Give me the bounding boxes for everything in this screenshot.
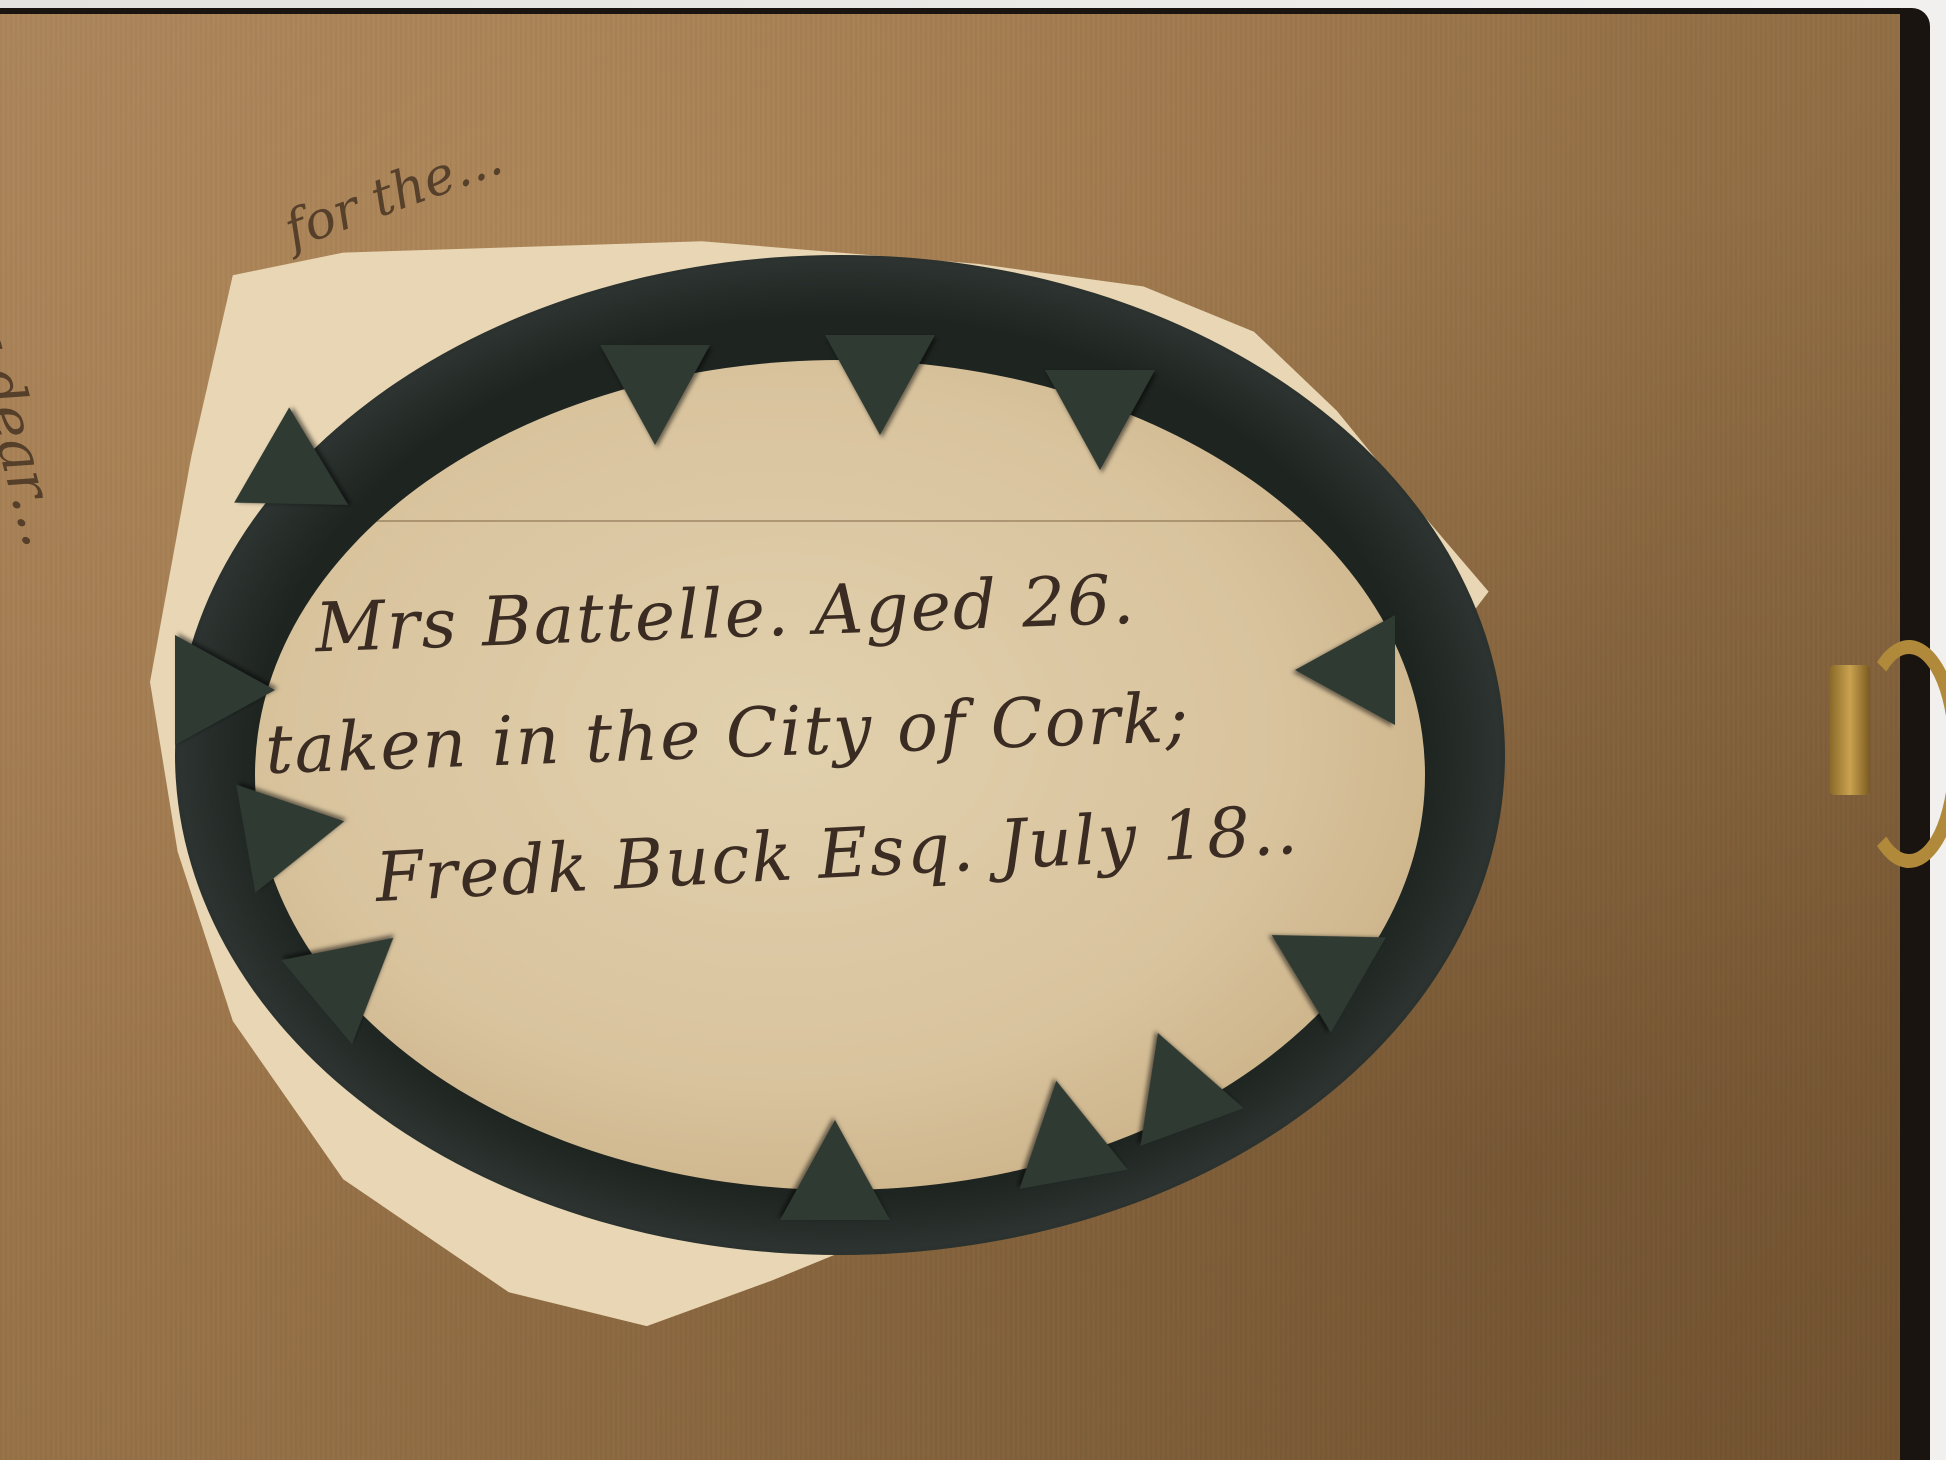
card-fold-line	[255, 520, 1425, 522]
backing-handwriting-top: for the...	[277, 127, 511, 261]
metal-tab	[1002, 1071, 1128, 1189]
backing-handwriting-left: and my dear...	[0, 134, 78, 554]
metal-tab	[236, 767, 354, 893]
metal-tab	[780, 1120, 890, 1220]
inscription-line-2: taken in the City of Cork;	[264, 679, 1192, 790]
metal-tab	[175, 635, 275, 745]
metal-tab	[825, 335, 935, 435]
metal-tab	[600, 345, 710, 445]
inscription-line-3: Fredk Buck Esq. July 18..	[374, 791, 1302, 918]
inscription-line-1: Mrs Battelle. Aged 26.	[314, 561, 1137, 669]
metal-tab	[1045, 370, 1155, 470]
inscription-card: Mrs Battelle. Aged 26. taken in the City…	[255, 360, 1425, 1190]
metal-tab	[1295, 615, 1395, 725]
